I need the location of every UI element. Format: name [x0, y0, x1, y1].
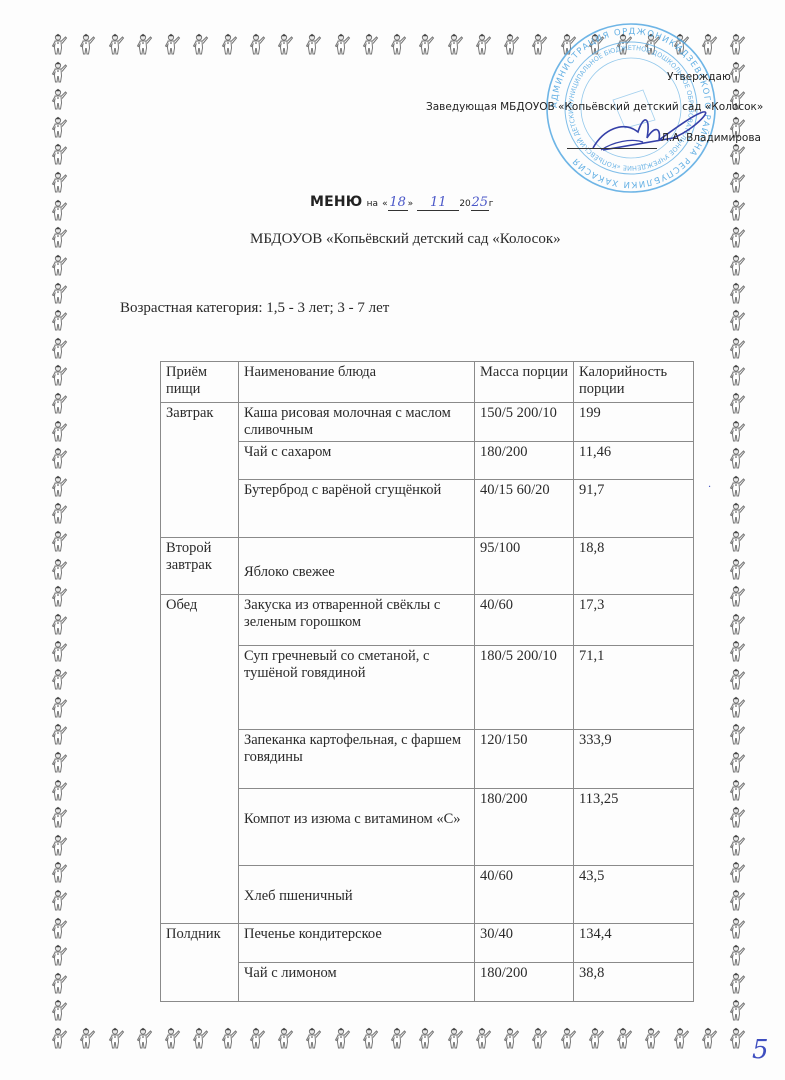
child-figure-icon: [615, 1027, 635, 1049]
child-figure-icon: [728, 944, 748, 966]
meal-cell: Полдник: [161, 924, 239, 1002]
dish-mass: 180/200: [475, 442, 574, 480]
child-figure-icon: [107, 1027, 127, 1049]
child-figure-icon: [361, 1027, 381, 1049]
dish-calories: 91,7: [574, 480, 694, 538]
table-row: Второй завтрак Яблоко свежее 95/100 18,8: [161, 538, 694, 595]
table-row: Хлеб пшеничный 40/60 43,5: [161, 866, 694, 924]
child-figure-icon: [50, 282, 70, 304]
dish-name: Яблоко свежее: [239, 538, 475, 595]
child-figure-icon: [220, 1027, 240, 1049]
child-figure-icon: [728, 282, 748, 304]
child-figure-icon: [728, 447, 748, 469]
child-figure-icon: [50, 420, 70, 442]
dish-name: Каша рисовая молочная с маслом сливочным: [239, 403, 475, 442]
child-figure-icon: [50, 889, 70, 911]
child-figure-icon: [304, 1027, 324, 1049]
header-mass: Масса порции: [475, 362, 574, 403]
dish-mass: 180/200: [475, 963, 574, 1002]
child-figure-icon: [220, 33, 240, 55]
child-figure-icon: [50, 972, 70, 994]
day-value: 18: [389, 195, 406, 210]
header-dish: Наименование блюда: [239, 362, 475, 403]
dish-mass: 180/200: [475, 789, 574, 866]
child-figure-icon: [50, 1027, 70, 1049]
dish-name: Запеканка картофельная, с фаршем говядин…: [239, 730, 475, 789]
age-category: Возрастная категория: 1,5 - 3 лет; 3 - 7…: [120, 300, 389, 317]
child-figure-icon: [333, 33, 353, 55]
child-figure-icon: [530, 1027, 550, 1049]
on-label: на: [367, 199, 378, 209]
child-figure-icon: [728, 254, 748, 276]
child-figure-icon: [417, 1027, 437, 1049]
child-figure-icon: [50, 806, 70, 828]
month-value: 11: [430, 195, 447, 210]
child-figure-icon: [446, 33, 466, 55]
table-row: Чай с сахаром 180/200 11,46: [161, 442, 694, 480]
child-figure-icon: [50, 364, 70, 386]
dish-calories: 71,1: [574, 646, 694, 730]
child-figure-icon: [276, 33, 296, 55]
dish-name: Бутерброд с варёной сгущёнкой: [239, 480, 475, 538]
child-figure-icon: [700, 1027, 720, 1049]
dish-calories: 18,8: [574, 538, 694, 595]
child-figure-icon: [728, 337, 748, 359]
child-figure-icon: [728, 668, 748, 690]
header-calories: Калорийность порции: [574, 362, 694, 403]
child-figure-icon: [361, 33, 381, 55]
table-row: Запеканка картофельная, с фаршем говядин…: [161, 730, 694, 789]
table-row: Обед Закуска из отваренной свёклы с зеле…: [161, 595, 694, 646]
child-figure-icon: [50, 917, 70, 939]
child-figure-icon: [728, 199, 748, 221]
child-figure-icon: [248, 33, 268, 55]
child-figure-icon: [50, 61, 70, 83]
table-row: Бутерброд с варёной сгущёнкой 40/15 60/2…: [161, 480, 694, 538]
year-suffix: 25: [471, 195, 488, 210]
approver-name: Л.А. Владимирова: [661, 132, 761, 144]
child-figure-icon: [191, 1027, 211, 1049]
dish-calories: 113,25: [574, 789, 694, 866]
child-figure-icon: [50, 88, 70, 110]
dish-name: Печенье кондитерское: [239, 924, 475, 963]
table-row: Суп гречневый со сметаной, с тушёной гов…: [161, 646, 694, 730]
dish-mass: 150/5 200/10: [475, 403, 574, 442]
child-figure-icon: [78, 33, 98, 55]
child-figure-icon: [50, 944, 70, 966]
child-figure-icon: [728, 723, 748, 745]
child-figure-icon: [728, 861, 748, 883]
child-figure-icon: [728, 696, 748, 718]
header-meal: Приём пищи: [161, 362, 239, 403]
child-figure-icon: [304, 33, 324, 55]
child-figure-icon: [728, 834, 748, 856]
table-row: Завтрак Каша рисовая молочная с маслом с…: [161, 403, 694, 442]
dish-calories: 11,46: [574, 442, 694, 480]
page-number: 5: [752, 1035, 769, 1065]
child-figure-icon: [50, 116, 70, 138]
year-prefix: 20: [459, 199, 470, 209]
child-figure-icon: [502, 33, 522, 55]
dish-mass: 40/60: [475, 595, 574, 646]
meal-cell: Завтрак: [161, 403, 239, 538]
child-figure-icon: [50, 723, 70, 745]
child-figure-icon: [276, 1027, 296, 1049]
approver-position: Заведующая МБДОУОВ «Копьёвский детский с…: [426, 101, 763, 113]
child-figure-icon: [559, 1027, 579, 1049]
child-figure-icon: [728, 364, 748, 386]
child-figure-icon: [50, 530, 70, 552]
dish-mass: 120/150: [475, 730, 574, 789]
dish-name: Компот из изюма с витамином «С»: [239, 789, 475, 866]
child-figure-icon: [50, 502, 70, 524]
child-figure-icon: [50, 751, 70, 773]
dish-name: Суп гречневый со сметаной, с тушёной гов…: [239, 646, 475, 730]
child-figure-icon: [728, 889, 748, 911]
child-figure-icon: [389, 33, 409, 55]
child-figure-icon: [50, 143, 70, 165]
dish-name: Хлеб пшеничный: [239, 866, 475, 924]
child-figure-icon: [135, 33, 155, 55]
meal-cell: Второй завтрак: [161, 538, 239, 595]
child-figure-icon: [728, 171, 748, 193]
child-figure-icon: [50, 585, 70, 607]
child-figure-icon: [50, 640, 70, 662]
child-figure-icon: [728, 558, 748, 580]
child-figure-icon: [333, 1027, 353, 1049]
child-figure-icon: [50, 226, 70, 248]
child-figure-icon: [672, 1027, 692, 1049]
child-figure-icon: [50, 199, 70, 221]
signature-line: [567, 136, 657, 149]
child-figure-icon: [50, 779, 70, 801]
dish-name: Закуска из отваренной свёклы с зеленым г…: [239, 595, 475, 646]
child-figure-icon: [50, 33, 70, 55]
child-figure-icon: [728, 61, 748, 83]
child-figure-icon: [50, 171, 70, 193]
dish-calories: 333,9: [574, 730, 694, 789]
child-figure-icon: [728, 613, 748, 635]
dish-mass: 180/5 200/10: [475, 646, 574, 730]
child-figure-icon: [50, 392, 70, 414]
child-figure-icon: [587, 1027, 607, 1049]
child-figure-icon: [728, 475, 748, 497]
meal-cell: Обед: [161, 595, 239, 924]
child-figure-icon: [163, 33, 183, 55]
child-figure-icon: [728, 420, 748, 442]
child-figure-icon: [728, 917, 748, 939]
child-figure-icon: [728, 751, 748, 773]
table-header-row: Приём пищи Наименование блюда Масса порц…: [161, 362, 694, 403]
child-figure-icon: [50, 668, 70, 690]
menu-title: МЕНЮ на «18» 112025г: [310, 194, 494, 211]
dish-calories: 134,4: [574, 924, 694, 963]
menu-table: Приём пищи Наименование блюда Масса порц…: [160, 361, 694, 1002]
dish-calories: 199: [574, 403, 694, 442]
child-figure-icon: [502, 1027, 522, 1049]
child-figure-icon: [728, 1027, 748, 1049]
child-figure-icon: [50, 834, 70, 856]
year-unit: г: [489, 199, 494, 209]
dish-mass: 30/40: [475, 924, 574, 963]
child-figure-icon: [728, 502, 748, 524]
dish-name: Чай с сахаром: [239, 442, 475, 480]
child-figure-icon: [50, 558, 70, 580]
child-figure-icon: [163, 1027, 183, 1049]
child-figure-icon: [107, 33, 127, 55]
child-figure-icon: [50, 861, 70, 883]
child-figure-icon: [728, 530, 748, 552]
child-figure-icon: [728, 999, 748, 1021]
child-figure-icon: [50, 475, 70, 497]
child-figure-icon: [728, 143, 748, 165]
dish-mass: 95/100: [475, 538, 574, 595]
child-figure-icon: [728, 33, 748, 55]
pen-dot: ·: [708, 482, 711, 493]
child-figure-icon: [728, 972, 748, 994]
child-figure-icon: [728, 226, 748, 248]
child-figure-icon: [50, 337, 70, 359]
child-figure-icon: [728, 806, 748, 828]
child-figure-icon: [728, 585, 748, 607]
dish-calories: 38,8: [574, 963, 694, 1002]
child-figure-icon: [248, 1027, 268, 1049]
table-row: Чай с лимоном 180/200 38,8: [161, 963, 694, 1002]
child-figure-icon: [417, 33, 437, 55]
child-figure-icon: [728, 392, 748, 414]
approve-label: Утверждаю: [667, 71, 731, 83]
child-figure-icon: [643, 1027, 663, 1049]
dish-mass: 40/15 60/20: [475, 480, 574, 538]
child-figure-icon: [474, 33, 494, 55]
child-figure-icon: [78, 1027, 98, 1049]
child-figure-icon: [50, 999, 70, 1021]
child-figure-icon: [728, 309, 748, 331]
dish-mass: 40/60: [475, 866, 574, 924]
child-figure-icon: [50, 613, 70, 635]
child-figure-icon: [50, 696, 70, 718]
child-figure-icon: [728, 640, 748, 662]
child-figure-icon: [191, 33, 211, 55]
dish-name: Чай с лимоном: [239, 963, 475, 1002]
dish-calories: 43,5: [574, 866, 694, 924]
child-figure-icon: [135, 1027, 155, 1049]
child-figure-icon: [474, 1027, 494, 1049]
menu-label: МЕНЮ: [310, 194, 362, 210]
child-figure-icon: [50, 254, 70, 276]
child-figure-icon: [728, 779, 748, 801]
table-row: Полдник Печенье кондитерское 30/40 134,4: [161, 924, 694, 963]
child-figure-icon: [50, 447, 70, 469]
child-figure-icon: [389, 1027, 409, 1049]
child-figure-icon: [50, 309, 70, 331]
table-row: Компот из изюма с витамином «С» 180/200 …: [161, 789, 694, 866]
dish-calories: 17,3: [574, 595, 694, 646]
child-figure-icon: [446, 1027, 466, 1049]
organization-name: МБДОУОВ «Копьёвский детский сад «Колосок…: [250, 231, 561, 248]
